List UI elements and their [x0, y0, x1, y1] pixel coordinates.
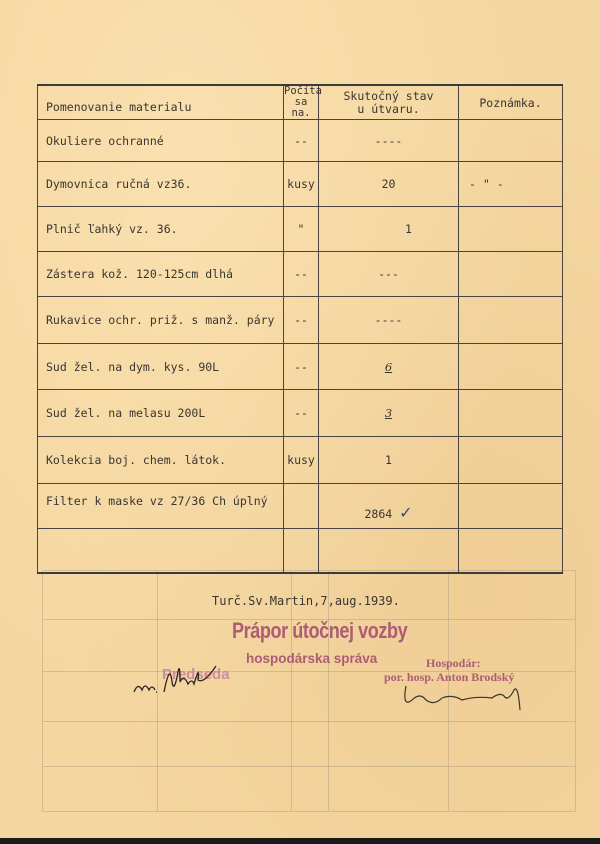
- cell-note: - " -: [459, 162, 563, 207]
- table-row: Sud žel. na dym. kys. 90L -- 6: [38, 344, 563, 390]
- table-row: Rukavice ochr. priž. s manž. páry -- ---…: [38, 297, 563, 344]
- table-row: Dymovnica ručná vz36. kusy 20 - " -: [38, 162, 563, 207]
- cell-material: Filter k maske vz 27/36 Ch úplný: [38, 484, 284, 529]
- cell-unit: kusy: [284, 162, 319, 207]
- steward-signature-icon: [402, 680, 532, 720]
- cell-note: [459, 484, 563, 529]
- cell-actual: ----: [319, 120, 459, 162]
- cell-unit: --: [284, 344, 319, 390]
- table-row: Plnič ľahký vz. 36. " 1: [38, 207, 563, 252]
- cell-material: Sud žel. na melasu 200L: [38, 390, 284, 437]
- cell-material: Zástera kož. 120-125cm dlhá: [38, 252, 284, 297]
- cell-material: Kolekcia boj. chem. látok.: [38, 437, 284, 484]
- steward-title: Hospodár:: [426, 656, 481, 671]
- cell-material: [38, 529, 284, 573]
- cell-note: [459, 207, 563, 252]
- header-material: Pomenovanie materialu: [38, 85, 284, 120]
- cell-unit: --: [284, 297, 319, 344]
- cell-material: Sud žel. na dym. kys. 90L: [38, 344, 284, 390]
- cell-note: [459, 437, 563, 484]
- cell-unit: ": [284, 207, 319, 252]
- unit-stamp-title: Prápor útočnej vozby: [232, 618, 407, 644]
- cell-actual-handwritten: 6: [319, 344, 459, 390]
- cell-actual: 2864 ✓: [319, 484, 459, 529]
- table-row: Kolekcia boj. chem. látok. kusy 1: [38, 437, 563, 484]
- cell-actual-handwritten: 3: [319, 390, 459, 437]
- cell-note: [459, 529, 563, 573]
- cell-unit: --: [284, 252, 319, 297]
- cell-actual: 1: [319, 207, 459, 252]
- cell-unit: [284, 529, 319, 573]
- cell-note: [459, 297, 563, 344]
- actual-value: 2864: [364, 507, 392, 521]
- place-and-date: Turč.Sv.Martin,7,aug.1939.: [212, 594, 400, 608]
- header-unit: Počíta sa na.: [284, 85, 319, 120]
- header-actual-state: Skutočný stav u útvaru.: [319, 85, 459, 120]
- cell-note: [459, 252, 563, 297]
- table-header-row: Pomenovanie materialu Počíta sa na. Skut…: [38, 85, 563, 120]
- table-row: Sud žel. na melasu 200L -- 3: [38, 390, 563, 437]
- cell-unit: --: [284, 390, 319, 437]
- cell-actual: ---: [319, 252, 459, 297]
- cell-unit: [284, 484, 319, 529]
- cell-material: Okuliere ochranné: [38, 120, 284, 162]
- table-row: Filter k maske vz 27/36 Ch úplný 2864 ✓: [38, 484, 563, 529]
- table-row-empty: [38, 529, 563, 573]
- cell-unit: kusy: [284, 437, 319, 484]
- cell-material: Plnič ľahký vz. 36.: [38, 207, 284, 252]
- table-row: Okuliere ochranné -- ----: [38, 120, 563, 162]
- material-inventory-table: Pomenovanie materialu Počíta sa na. Skut…: [37, 84, 563, 574]
- unit-stamp-subtitle: hospodárska správa: [246, 651, 377, 666]
- cell-note: [459, 390, 563, 437]
- cell-actual: ----: [319, 297, 459, 344]
- cell-actual: 1: [319, 437, 459, 484]
- header-note: Poznámka.: [459, 85, 563, 120]
- cell-actual: 20: [319, 162, 459, 207]
- cell-material: Rukavice ochr. priž. s manž. páry: [38, 297, 284, 344]
- cell-material: Dymovnica ručná vz36.: [38, 162, 284, 207]
- cell-actual: [319, 529, 459, 573]
- cell-unit: --: [284, 120, 319, 162]
- check-mark-icon: ✓: [399, 503, 412, 522]
- chairman-signature-icon: [132, 662, 232, 702]
- cell-note: [459, 120, 563, 162]
- cell-note: [459, 344, 563, 390]
- scan-bottom-edge: [0, 838, 600, 844]
- table-row: Zástera kož. 120-125cm dlhá -- ---: [38, 252, 563, 297]
